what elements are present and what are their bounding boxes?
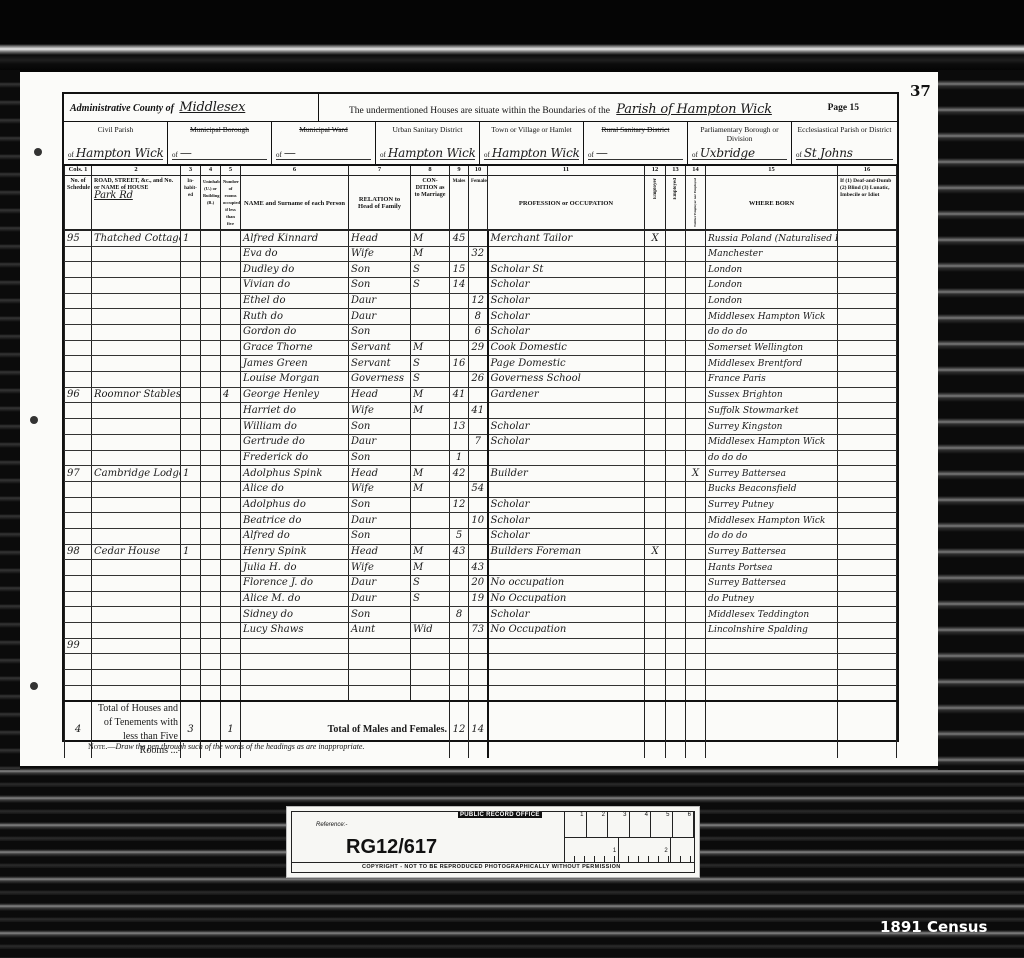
person-name: Gordon do bbox=[241, 325, 349, 341]
infirmity bbox=[838, 340, 897, 356]
occupation: Scholar bbox=[488, 607, 645, 623]
occupation: Scholar bbox=[488, 277, 645, 293]
schedule-no bbox=[65, 325, 92, 341]
birthplace: Middlesex Brentford bbox=[706, 356, 838, 372]
schedule-no bbox=[65, 591, 92, 607]
infirmity bbox=[838, 262, 897, 278]
table-row: Sidney doSon8ScholarMiddlesex Teddington bbox=[65, 607, 897, 623]
uninhabited bbox=[201, 513, 221, 529]
schedule-no bbox=[65, 685, 92, 701]
condition bbox=[411, 497, 450, 513]
person-name: Vivian do bbox=[241, 277, 349, 293]
schedule-no bbox=[65, 607, 92, 623]
copyright-notice: COPYRIGHT - NOT TO BE REPRODUCED PHOTOGR… bbox=[292, 862, 694, 872]
age-female bbox=[469, 654, 488, 670]
house-name bbox=[92, 246, 181, 262]
occupation bbox=[488, 481, 645, 497]
neither bbox=[686, 481, 706, 497]
birthplace: Sussex Brighton bbox=[706, 387, 838, 403]
table-row: Alfred doSon5Scholardo do do bbox=[65, 528, 897, 544]
inhabited bbox=[181, 372, 201, 388]
house-name bbox=[92, 356, 181, 372]
birthplace: Middlesex Teddington bbox=[706, 607, 838, 623]
employed bbox=[666, 623, 686, 639]
birthplace: London bbox=[706, 293, 838, 309]
relation: Head bbox=[349, 230, 411, 246]
age-female: 10 bbox=[469, 513, 488, 529]
age-female bbox=[469, 638, 488, 654]
age-female bbox=[469, 528, 488, 544]
employer bbox=[645, 654, 666, 670]
infirmity bbox=[838, 356, 897, 372]
occupation bbox=[488, 685, 645, 701]
rooms bbox=[221, 576, 241, 592]
district-value: — bbox=[596, 146, 608, 160]
neither bbox=[686, 230, 706, 246]
situate-text: The undermentioned Houses are situate wi… bbox=[349, 106, 610, 116]
header-neither: Neither Employer nor Employed bbox=[686, 175, 706, 230]
rooms bbox=[221, 544, 241, 560]
rooms bbox=[221, 277, 241, 293]
age-female bbox=[469, 277, 488, 293]
district-ecclesiastical: Ecclesiastical Parish or District ofSt J… bbox=[792, 122, 897, 164]
neither: X bbox=[686, 466, 706, 482]
relation: Daur bbox=[349, 576, 411, 592]
uninhabited bbox=[201, 434, 221, 450]
birthplace: Somerset Wellington bbox=[706, 340, 838, 356]
employed bbox=[666, 513, 686, 529]
neither bbox=[686, 450, 706, 466]
infirmity bbox=[838, 246, 897, 262]
inhabited bbox=[181, 434, 201, 450]
district-label: Civil Parish bbox=[64, 125, 167, 134]
relation: Son bbox=[349, 325, 411, 341]
uninhabited bbox=[201, 528, 221, 544]
infirmity bbox=[838, 450, 897, 466]
inhabited bbox=[181, 638, 201, 654]
header-infirmity: If (1) Deaf-and-Dumb (2) Blind (3) Lunat… bbox=[838, 175, 897, 230]
condition bbox=[411, 670, 450, 686]
relation: Head bbox=[349, 387, 411, 403]
birthplace bbox=[706, 685, 838, 701]
age-female: 8 bbox=[469, 309, 488, 325]
infirmity bbox=[838, 325, 897, 341]
age-male bbox=[450, 560, 469, 576]
age-female: 54 bbox=[469, 481, 488, 497]
col-num: 10 bbox=[469, 166, 488, 175]
table-row: Dudley doSonS15Scholar StLondon bbox=[65, 262, 897, 278]
person-name: Julia H. do bbox=[241, 560, 349, 576]
uninhabited bbox=[201, 638, 221, 654]
district-value: — bbox=[284, 146, 296, 160]
person-name: Adolphus do bbox=[241, 497, 349, 513]
col-num: 7 bbox=[349, 166, 411, 175]
occupation: No Occupation bbox=[488, 623, 645, 639]
condition: M bbox=[411, 544, 450, 560]
condition: M bbox=[411, 560, 450, 576]
employer bbox=[645, 513, 666, 529]
age-female bbox=[469, 466, 488, 482]
person-name: Eva do bbox=[241, 246, 349, 262]
infirmity bbox=[838, 513, 897, 529]
table-row: Gordon doSon6Scholardo do do bbox=[65, 325, 897, 341]
rooms bbox=[221, 638, 241, 654]
occupation bbox=[488, 654, 645, 670]
district-label: Rural Sanitary District bbox=[584, 125, 687, 134]
infirmity bbox=[838, 309, 897, 325]
col-num: 5 bbox=[221, 166, 241, 175]
employer bbox=[645, 372, 666, 388]
inhabited: 1 bbox=[181, 230, 201, 246]
inhabited bbox=[181, 685, 201, 701]
page-number: Page 15 bbox=[828, 103, 859, 113]
neither bbox=[686, 560, 706, 576]
header-condition: CON-DITION as to Marriage bbox=[411, 175, 450, 230]
age-male: 43 bbox=[450, 544, 469, 560]
header-relation: RELATION to Head of Family bbox=[349, 175, 411, 230]
age-female: 73 bbox=[469, 623, 488, 639]
inhabited: 1 bbox=[181, 466, 201, 482]
condition: M bbox=[411, 340, 450, 356]
employed bbox=[666, 576, 686, 592]
employer bbox=[645, 356, 666, 372]
condition bbox=[411, 434, 450, 450]
uninhabited bbox=[201, 262, 221, 278]
situate-line: The undermentioned Houses are situate wi… bbox=[349, 102, 772, 117]
condition: M bbox=[411, 230, 450, 246]
table-row: 98Cedar House1Henry SpinkHeadM43Builders… bbox=[65, 544, 897, 560]
birthplace: Manchester bbox=[706, 246, 838, 262]
table-row: 95Thatched Cottage1Alfred KinnardHeadM45… bbox=[65, 230, 897, 246]
birthplace: Surrey Battersea bbox=[706, 544, 838, 560]
district-village-hamlet: Town or Village or Hamlet ofHampton Wick bbox=[480, 122, 584, 164]
header-inhabited: In-habit-ed bbox=[181, 175, 201, 230]
relation: Daur bbox=[349, 309, 411, 325]
age-female: 32 bbox=[469, 246, 488, 262]
birthplace: Bucks Beaconsfield bbox=[706, 481, 838, 497]
condition: S bbox=[411, 262, 450, 278]
table-row: 99 bbox=[65, 638, 897, 654]
census-form: Administrative County of Middlesex The u… bbox=[62, 92, 899, 742]
relation: Daur bbox=[349, 293, 411, 309]
infirmity bbox=[838, 419, 897, 435]
employer bbox=[645, 434, 666, 450]
schedule-no bbox=[65, 497, 92, 513]
col-num: 12 bbox=[645, 166, 666, 175]
inhabited bbox=[181, 325, 201, 341]
rooms bbox=[221, 560, 241, 576]
employer bbox=[645, 419, 666, 435]
inhabited bbox=[181, 403, 201, 419]
condition: Wid bbox=[411, 623, 450, 639]
table-row: James GreenServantS16Page DomesticMiddle… bbox=[65, 356, 897, 372]
birthplace: Hants Portsea bbox=[706, 560, 838, 576]
house-name bbox=[92, 277, 181, 293]
table-row: Grace ThorneServantM29Cook DomesticSomer… bbox=[65, 340, 897, 356]
relation: Servant bbox=[349, 356, 411, 372]
neither bbox=[686, 403, 706, 419]
col-num: 13 bbox=[666, 166, 686, 175]
rooms bbox=[221, 654, 241, 670]
census-table: Cols. 1 2 3 4 5 6 7 8 9 10 11 12 13 14 1… bbox=[64, 166, 897, 758]
employed bbox=[666, 607, 686, 623]
relation: Daur bbox=[349, 434, 411, 450]
table-row: Eva doWifeM32Manchester bbox=[65, 246, 897, 262]
condition: S bbox=[411, 591, 450, 607]
film-streaks-left bbox=[0, 70, 20, 770]
schedule-no bbox=[65, 293, 92, 309]
employer bbox=[645, 623, 666, 639]
person-name: Louise Morgan bbox=[241, 372, 349, 388]
rooms bbox=[221, 607, 241, 623]
person-name: George Henley bbox=[241, 387, 349, 403]
age-female: 12 bbox=[469, 293, 488, 309]
table-row: Harriet doWifeM41Suffolk Stowmarket bbox=[65, 403, 897, 419]
relation: Son bbox=[349, 277, 411, 293]
schedule-no: 95 bbox=[65, 230, 92, 246]
inhabited bbox=[181, 481, 201, 497]
rooms bbox=[221, 513, 241, 529]
uninhabited bbox=[201, 685, 221, 701]
column-number-row: Cols. 1 2 3 4 5 6 7 8 9 10 11 12 13 14 1… bbox=[65, 166, 897, 175]
street-name: Park Rd bbox=[94, 192, 178, 199]
uninhabited bbox=[201, 481, 221, 497]
table-row: Alice M. doDaurS19No Occupationdo Putney bbox=[65, 591, 897, 607]
relation: Son bbox=[349, 497, 411, 513]
employed bbox=[666, 230, 686, 246]
person-name: Alfred do bbox=[241, 528, 349, 544]
birthplace: Surrey Battersea bbox=[706, 466, 838, 482]
age-male: 42 bbox=[450, 466, 469, 482]
employed bbox=[666, 340, 686, 356]
person-name: Beatrice do bbox=[241, 513, 349, 529]
house-name bbox=[92, 403, 181, 419]
person-name: Frederick do bbox=[241, 450, 349, 466]
table-row: Beatrice doDaur10ScholarMiddlesex Hampto… bbox=[65, 513, 897, 529]
condition: M bbox=[411, 481, 450, 497]
neither bbox=[686, 497, 706, 513]
table-row: Lucy ShawsAuntWid73No OccupationLincolns… bbox=[65, 623, 897, 639]
house-name bbox=[92, 497, 181, 513]
header-schedule: No. of Schedule bbox=[65, 175, 92, 230]
header-age-females: Females bbox=[469, 175, 488, 230]
condition: S bbox=[411, 576, 450, 592]
house-name bbox=[92, 654, 181, 670]
table-row bbox=[65, 670, 897, 686]
schedule-no bbox=[65, 340, 92, 356]
schedule-no bbox=[65, 481, 92, 497]
age-female: 7 bbox=[469, 434, 488, 450]
age-male: 45 bbox=[450, 230, 469, 246]
age-male bbox=[450, 654, 469, 670]
birthplace: Russia Poland (Naturalised British Sub.) bbox=[706, 230, 838, 246]
age-female bbox=[469, 262, 488, 278]
occupation: Scholar bbox=[488, 528, 645, 544]
occupation bbox=[488, 638, 645, 654]
condition bbox=[411, 293, 450, 309]
schedule-no: 99 bbox=[65, 638, 92, 654]
employed bbox=[666, 277, 686, 293]
employed bbox=[666, 356, 686, 372]
district-municipal-borough: Municipal Borough of— bbox=[168, 122, 272, 164]
employed bbox=[666, 481, 686, 497]
col-num: 3 bbox=[181, 166, 201, 175]
district-row: Civil Parish ofHampton Wick Municipal Bo… bbox=[64, 122, 897, 166]
house-name bbox=[92, 607, 181, 623]
occupation: Merchant Tailor bbox=[488, 230, 645, 246]
condition: M bbox=[411, 403, 450, 419]
age-male bbox=[450, 576, 469, 592]
schedule-no bbox=[65, 513, 92, 529]
inhabited bbox=[181, 246, 201, 262]
infirmity bbox=[838, 685, 897, 701]
district-label: Municipal Ward bbox=[272, 125, 375, 134]
table-row: 96Roomnor Stables4George HenleyHeadM41Ga… bbox=[65, 387, 897, 403]
district-label: Urban Sanitary District bbox=[376, 125, 479, 134]
house-name bbox=[92, 419, 181, 435]
infirmity bbox=[838, 623, 897, 639]
census-rows: 95Thatched Cottage1Alfred KinnardHeadM45… bbox=[65, 230, 897, 701]
house-name bbox=[92, 591, 181, 607]
employer bbox=[645, 481, 666, 497]
relation: Wife bbox=[349, 481, 411, 497]
header-employer: Employer bbox=[645, 175, 666, 230]
inhabited bbox=[181, 591, 201, 607]
birthplace: Surrey Kingston bbox=[706, 419, 838, 435]
district-rural-sanitary: Rural Sanitary District of— bbox=[584, 122, 688, 164]
inhabited bbox=[181, 560, 201, 576]
inhabited bbox=[181, 277, 201, 293]
age-female: 29 bbox=[469, 340, 488, 356]
person-name bbox=[241, 638, 349, 654]
condition bbox=[411, 309, 450, 325]
uninhabited bbox=[201, 387, 221, 403]
neither bbox=[686, 340, 706, 356]
rooms bbox=[221, 262, 241, 278]
employed bbox=[666, 387, 686, 403]
condition bbox=[411, 607, 450, 623]
header-name: NAME and Surname of each Person bbox=[241, 175, 349, 230]
age-male bbox=[450, 670, 469, 686]
neither bbox=[686, 246, 706, 262]
age-male bbox=[450, 638, 469, 654]
reference-card: PUBLIC RECORD OFFICE Reference:- RG12/61… bbox=[286, 806, 700, 878]
condition bbox=[411, 419, 450, 435]
condition: S bbox=[411, 372, 450, 388]
schedule-no bbox=[65, 450, 92, 466]
rooms bbox=[221, 481, 241, 497]
col-num: 4 bbox=[201, 166, 221, 175]
uninhabited bbox=[201, 325, 221, 341]
district-value: — bbox=[180, 146, 192, 160]
district-label: Parliamentary Borough or Division bbox=[688, 125, 791, 143]
rooms bbox=[221, 497, 241, 513]
birthplace: do do do bbox=[706, 325, 838, 341]
birthplace: do do do bbox=[706, 528, 838, 544]
person-name: Ethel do bbox=[241, 293, 349, 309]
house-name bbox=[92, 372, 181, 388]
age-male bbox=[450, 591, 469, 607]
schedule-no: 97 bbox=[65, 466, 92, 482]
col-num: 9 bbox=[450, 166, 469, 175]
house-name: Thatched Cottage bbox=[92, 230, 181, 246]
schedule-no bbox=[65, 670, 92, 686]
uninhabited bbox=[201, 670, 221, 686]
condition: M bbox=[411, 387, 450, 403]
house-name bbox=[92, 262, 181, 278]
uninhabited bbox=[201, 607, 221, 623]
table-row bbox=[65, 654, 897, 670]
age-male bbox=[450, 434, 469, 450]
neither bbox=[686, 356, 706, 372]
occupation: Scholar bbox=[488, 513, 645, 529]
birthplace bbox=[706, 670, 838, 686]
age-female bbox=[469, 544, 488, 560]
col-num: 15 bbox=[706, 166, 838, 175]
uninhabited bbox=[201, 654, 221, 670]
inhabited bbox=[181, 340, 201, 356]
house-name bbox=[92, 309, 181, 325]
col-num: 6 bbox=[241, 166, 349, 175]
condition bbox=[411, 528, 450, 544]
occupation: Scholar bbox=[488, 309, 645, 325]
employer bbox=[645, 387, 666, 403]
neither bbox=[686, 262, 706, 278]
occupation bbox=[488, 670, 645, 686]
infirmity bbox=[838, 497, 897, 513]
age-male: 12 bbox=[450, 497, 469, 513]
district-label: Town or Village or Hamlet bbox=[480, 125, 583, 134]
rooms bbox=[221, 466, 241, 482]
neither bbox=[686, 591, 706, 607]
inhabited bbox=[181, 387, 201, 403]
employed bbox=[666, 434, 686, 450]
neither bbox=[686, 528, 706, 544]
table-row: Frederick doSon1do do do bbox=[65, 450, 897, 466]
uninhabited bbox=[201, 576, 221, 592]
age-female bbox=[469, 356, 488, 372]
person-name: Dudley do bbox=[241, 262, 349, 278]
neither bbox=[686, 372, 706, 388]
schedule-no bbox=[65, 576, 92, 592]
situate-value: Parish of Hampton Wick bbox=[616, 102, 772, 117]
employer bbox=[645, 309, 666, 325]
house-name: Roomnor Stables bbox=[92, 387, 181, 403]
condition bbox=[411, 325, 450, 341]
infirmity bbox=[838, 434, 897, 450]
neither bbox=[686, 607, 706, 623]
person-name: Alice do bbox=[241, 481, 349, 497]
occupation: Scholar St bbox=[488, 262, 645, 278]
employed bbox=[666, 309, 686, 325]
relation: Servant bbox=[349, 340, 411, 356]
birthplace: Suffolk Stowmarket bbox=[706, 403, 838, 419]
rooms bbox=[221, 591, 241, 607]
age-female: 20 bbox=[469, 576, 488, 592]
employer bbox=[645, 560, 666, 576]
rooms bbox=[221, 685, 241, 701]
employed bbox=[666, 670, 686, 686]
film-streaks-right bbox=[938, 70, 1024, 770]
uninhabited bbox=[201, 403, 221, 419]
employer bbox=[645, 293, 666, 309]
infirmity bbox=[838, 670, 897, 686]
birthplace: do do do bbox=[706, 450, 838, 466]
district-label: Municipal Borough bbox=[168, 125, 271, 134]
employer bbox=[645, 246, 666, 262]
employed bbox=[666, 246, 686, 262]
total-males: 12 bbox=[450, 701, 469, 758]
